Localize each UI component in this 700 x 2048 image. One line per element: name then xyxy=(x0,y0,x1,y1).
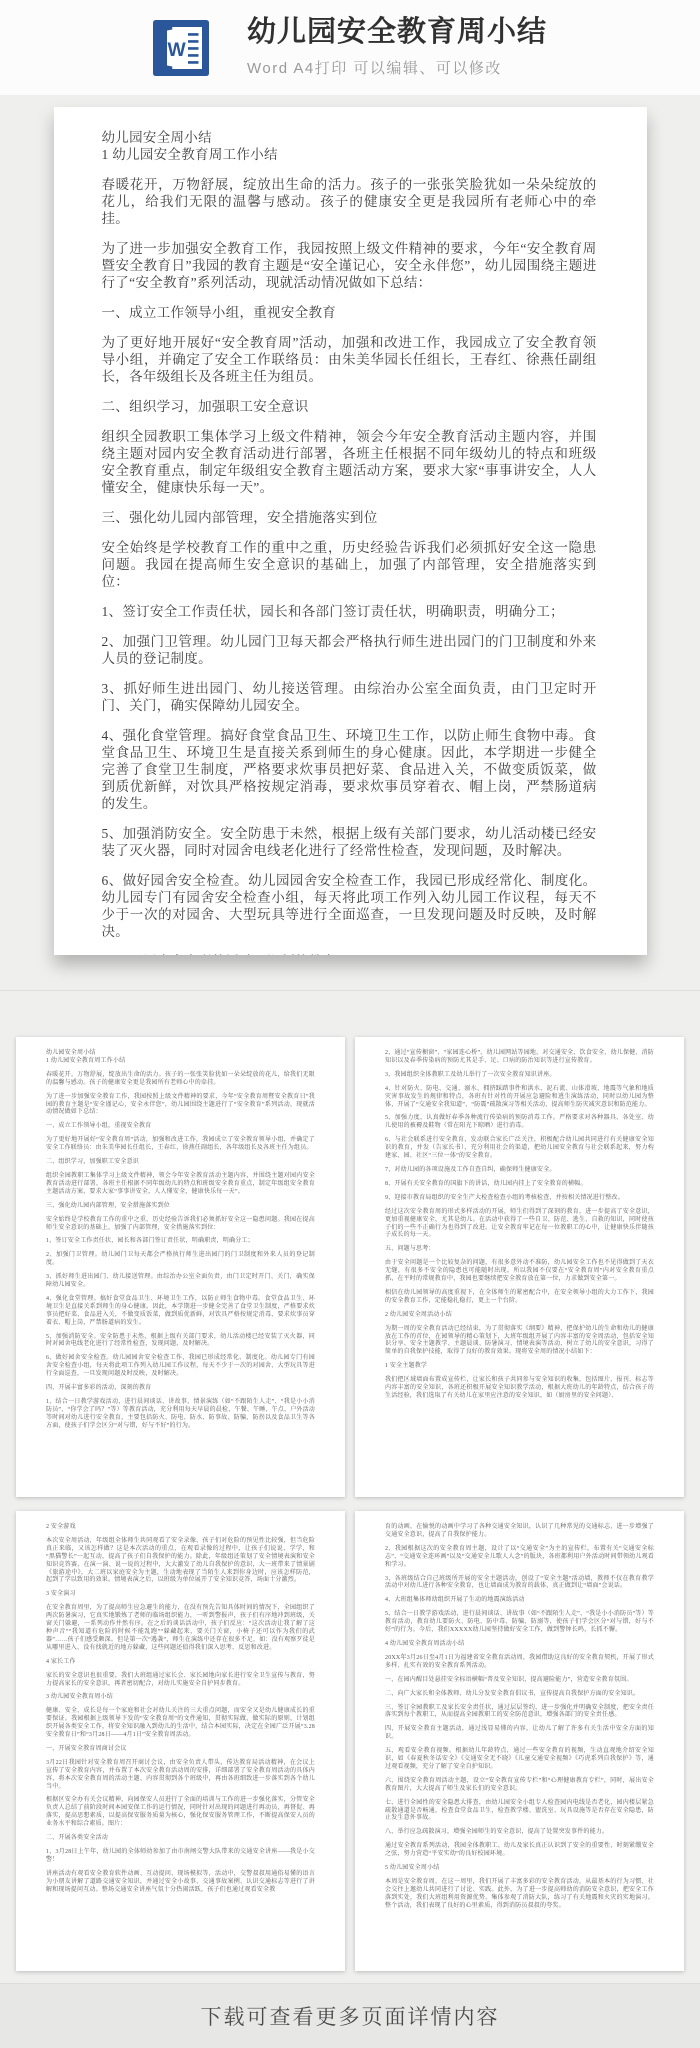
thumbnail-paragraph: 家长的安全意识也很重要，我们大班组通过家长会、家长园地向家长进行安全卫生宣传与教… xyxy=(46,1673,315,1689)
thumbnail-paragraph: 6、与社会联系进行安全教育，发动联合家长广泛关注，积极配合幼儿园共同进行有关健康… xyxy=(385,1137,654,1161)
document-paragraph: 6、做好园舍安全检查。幼儿园园舍安全检查工作，我园已形成经常化、制度化。幼儿园专… xyxy=(102,872,597,940)
word-icon-letter: W xyxy=(168,39,187,60)
preview-header: W 幼儿园安全教育周小结 Word A4打印 可以编辑、可以修改 xyxy=(0,0,700,95)
thumbnail-paragraph: 3、抓好师生进出园门、幼儿接送管理。由综治办公室全面负责，由门卫定时开门、关门，… xyxy=(46,1274,315,1290)
document-paragraph: 一、成立工作领导小组，重视安全教育 xyxy=(102,304,597,321)
thumbnail-paragraph: 三、强化幼儿园内部管理，安全措施落实到位 xyxy=(46,1203,315,1211)
thumbnail-paragraph: 为了进一步加强安全教育工作，我园按照上级文件精神的要求，今年“安全教育周暨安全教… xyxy=(46,1094,315,1118)
thumbnail-paragraph: 相信在幼儿园领导的高度重视下，在全体师生的紧密配合中，在安全领导小组的大力工作下… xyxy=(385,1290,654,1306)
document-paragraph: 3、抓好师生进出园门、幼儿接送管理。由综治办公室全面负责，由门卫定时开门、关门，… xyxy=(102,680,597,714)
thumbnail-paragraph: 4、大班组集体师幼组织开展了生动的地震演练活动 xyxy=(385,1597,654,1605)
thumbnail-paragraph: 健康、安全、成长是每一个家庭和社会对幼儿关注的三大重点问题，而安全又是幼儿健康成… xyxy=(46,1708,315,1740)
thumbnail-paragraph: 4、强化食堂管理。搞好食堂食品卫生、环境卫生工作，以防止师生食物中毒。食堂食品卫… xyxy=(46,1296,315,1328)
thumbnail-paragraph: 四、开展丰富多彩的活动，深刻的教育 xyxy=(46,1385,315,1393)
page-thumbnail-2[interactable]: 2、通过“宣传橱窗”、“家园连心桥”、幼儿园网站等园地，对交通安全、饮食安全、幼… xyxy=(355,1037,684,1497)
thumbnail-paragraph: 5 幼儿园安全周小结 xyxy=(385,1865,654,1873)
thumbnail-paragraph: 4 家长工作 xyxy=(46,1659,315,1667)
thumbnail-paragraph: 6、做好园舍安全检查。幼儿园园舍安全检查工作，我园已形成经常化、制度化。幼儿园专… xyxy=(46,1355,315,1379)
thumbnail-paragraph: 幼儿园安全周小结 1 幼儿园安全教育周工作小结 xyxy=(46,1050,315,1066)
thumbnail-paragraph: 二、开展各类安全活动 xyxy=(46,1835,315,1843)
thumbnail-paragraph: 春暖花开，万物舒展，绽放出生命的活力。孩子的一张张笑脸犹如一朵朵绽放的花儿，给我… xyxy=(46,1072,315,1088)
document-paragraph: 为了更好地开展好“安全教育周”活动，加强和改进工作，我园成立了安全教育领导小组，… xyxy=(102,334,597,385)
page-thumbnail-grid: 幼儿园安全周小结 1 幼儿园安全教育周工作小结春暖花开，万物舒展，绽放出生命的活… xyxy=(16,1037,684,1971)
thumbnail-paragraph: 8、开展有关安全教育的国旗下的讲话，幼儿园内挂上了安全教育的横幅。 xyxy=(385,1181,654,1189)
thumbnail-paragraph: 为期一周的安全教育活动已经结束，为了贯彻落实《纲要》精神，把保护幼儿的生命和幼儿… xyxy=(385,1326,654,1358)
thumbnail-paragraph: 讲座活动有观看安全教育软件动画、互动提问、现场模拟等，活动中，交警叔叔用通俗易懂… xyxy=(46,1871,315,1895)
thumbnail-paragraph: 2、通过“宣传橱窗”、“家园连心桥”、幼儿园网站等园地，对交通安全、饮食安全、幼… xyxy=(385,1050,654,1066)
thumbnail-paragraph: 二、向广大家长和全体教师、幼儿分发安全教育倡议书，宣传提高自我保护方面的安全知识… xyxy=(385,1691,654,1699)
thumbnail-paragraph: 通过安全教育系列活动，我园全体教职工、幼儿及家长真正认识到了安全的重要性，时刻紧… xyxy=(385,1843,654,1859)
thumbnail-paragraph: 一、成立工作领导小组，重视安全教育 xyxy=(46,1123,315,1131)
thumbnail-paragraph: 2 幼儿园安全周活动小结 xyxy=(385,1312,654,1320)
document-preview-area: 幼儿园安全周小结 1 幼儿园安全教育周工作小结春暖花开，万物舒展，绽放出生命的活… xyxy=(0,107,700,955)
thumbnail-paragraph: 5、加强消防安全。安全防患于未然，根据上级有关部门要求，幼儿活动楼已经安装了灭火… xyxy=(46,1334,315,1350)
thumbnail-paragraph: 4、针对防火、防电、交通、溺水、拥挤踩踏事件和洪水、泥石流、山体滑坡、地震等气象… xyxy=(385,1086,654,1110)
document-page-1: 幼儿园安全周小结 1 幼儿园安全教育周工作小结春暖花开，万物舒展，绽放出生命的活… xyxy=(54,107,647,955)
thumbnail-paragraph: 20XX年3月26日至4月1日为福建省安全教育活动周，我园借助这良好的安全教育契… xyxy=(385,1655,654,1671)
thumbnail-paragraph: 安全始终是学校教育工作的重中之重，历史经验告诉我们必须抓好安全这一隐患问题。我园… xyxy=(46,1217,315,1233)
thumbnail-paragraph: 五、观看安全教育视频。根据幼儿年龄特点，通过一些安全教育的视频，生动直观地介绍安… xyxy=(385,1748,654,1772)
thumbnail-paragraph: 3、我园组织全体教职工及幼儿举行了一次安全教育知识讲座。 xyxy=(385,1072,654,1080)
document-paragraph: 三、强化幼儿园内部管理，安全措施落实到位 xyxy=(102,509,597,526)
page-subtitle: Word A4打印 可以编辑、可以修改 xyxy=(247,57,547,78)
download-hint-text: 下载可查看更多页面详情内容 xyxy=(201,2001,500,2031)
document-paragraph: 四、开展丰富多彩的活动，深刻的教育 xyxy=(102,953,597,955)
document-paragraph: 5、加强消防安全。安全防患于未然，根据上级有关部门要求，幼儿活动楼已经安装了灭火… xyxy=(102,825,597,859)
document-paragraph: 春暖花开，万物舒展，绽放出生命的活力。孩子的一张张笑脸犹如一朵朵绽放的花儿，给我… xyxy=(102,176,597,227)
thumbnail-paragraph: 七、进行全园性的安全隐患大排查，由幼儿园安全小组专人检查园内电线是否老化，园内楼… xyxy=(385,1800,654,1824)
document-paragraph: 2、加强门卫管理。幼儿园门卫每天都会严格执行师生进出园门的门卫制度和外来人员的登… xyxy=(102,633,597,667)
thumbnail-paragraph: 2、我园根据这次的安全教育周主题，设计了以“交通安全”为主的宣传栏，布置有关“交… xyxy=(385,1546,654,1570)
thumbnail-paragraph: 1 安全主题教学 xyxy=(385,1363,654,1371)
section-divider xyxy=(0,990,700,991)
thumbnail-paragraph: 4 幼儿园安全教育周活动小结 xyxy=(385,1641,654,1649)
thumbnail-paragraph: 5、加强力度，认真做好春季各种流行传染病的预防消毒工作。严格要求对各种器具、各处… xyxy=(385,1115,654,1131)
thumbnail-paragraph: 3 幼儿园安全教育周小结 xyxy=(46,1694,315,1702)
thumbnail-paragraph: 2 安全游戏 xyxy=(46,1524,315,1532)
thumbnail-paragraph: 3月22日我园针对安全教育周召开商讨会议，由安全负责人带头，传达教育局活动精神，… xyxy=(46,1760,315,1792)
thumbnail-paragraph: 3、各班级结合自己班级所开展的安全主题活动，创设了“安全主题”活动墙，教师不仅在… xyxy=(385,1576,654,1592)
thumbnail-paragraph: 四、开展安全教育主题活动，通过浅显易懂的内容，让幼儿了解了许多有关生活中安全方面… xyxy=(385,1726,654,1742)
document-paragraph: 安全始终是学校教育工作的重中之重，历史经验告诉我们必须抓好安全这一隐患问题。我园… xyxy=(102,539,597,590)
thumbnail-paragraph: 为了更好地开展好“安全教育周”活动，加强和改进工作，我园成立了安全教育领导小组，… xyxy=(46,1137,315,1153)
thumbnail-paragraph: 一、在园内醒目处悬挂安全标语横幅“普及安全知识，提高避险能力”，营造安全教育氛围… xyxy=(385,1677,654,1685)
thumbnail-paragraph: 八、举行应急疏散演习，增强全园师生的安全意识，提高了处置突发事件的能力。 xyxy=(385,1829,654,1837)
thumbnail-paragraph: 三、签订全园教职工及家长安全责任状，通过层层签约，进一步强化并明确安全制度，把安… xyxy=(385,1705,654,1721)
thumbnail-paragraph: 二、组织学习，加强职工安全意识 xyxy=(46,1159,315,1167)
document-paragraph: 二、组织学习，加强职工安全意识 xyxy=(102,398,597,415)
thumbnail-paragraph: 由于安全问题是一个比较复杂的问题，有很多意外动不准防，幼儿园安全工作也不见得做到… xyxy=(385,1260,654,1284)
thumbnail-paragraph: 组织全园教职工集体学习上级文件精神，领会今年安全教育活动主题内容，并围绕主题对园… xyxy=(46,1173,315,1197)
document-paragraph: 组织全园教职工集体学习上级文件精神，领会今年安全教育活动主题内容，并围绕主题对园… xyxy=(102,428,597,496)
document-paragraph: 1、签订安全工作责任状，园长和各部门签订责任状，明确职责，明确分工； xyxy=(102,603,597,620)
thumbnail-paragraph: 我们把区域墙面布置成宣传栏，让家长和孩子共同参与安全知识的收集，包括图片、报刊、… xyxy=(385,1377,654,1401)
page-thumbnail-1[interactable]: 幼儿园安全周小结 1 幼儿园安全教育周工作小结春暖花开，万物舒展，绽放出生命的活… xyxy=(16,1037,345,1497)
thumbnail-paragraph: 1、结合一日教学游戏活动，进行晨间谈话、讲故事、情景演练（如“不跟陌生人走”、“… xyxy=(46,1399,315,1431)
thumbnail-paragraph: 1、签订安全工作责任状，园长和各部门签订责任状，明确职责，明确分工； xyxy=(46,1238,315,1246)
thumbnail-paragraph: 1、3月28日上午年，幼儿园的全体师幼参加了由市南闸交警大队带来的交通安全讲座—… xyxy=(46,1849,315,1865)
thumbnail-paragraph: 2、加强门卫管理。幼儿园门卫每天都会严格执行师生进出园门的门卫制度和外来人员的登… xyxy=(46,1252,315,1268)
document-paragraph: 幼儿园安全周小结 1 幼儿园安全教育周工作小结 xyxy=(102,129,597,163)
thumbnail-paragraph: 9、迎接市教育局组织的安全生产大检查检查小组的考核检查，并按相关情况进行整改。 xyxy=(385,1195,654,1203)
document-paragraph: 4、强化食堂管理。搞好食堂食品卫生、环境卫生工作，以防止师生食物中毒。食堂食品卫… xyxy=(102,727,597,812)
page-thumbnail-4[interactable]: 育的动画，在愉悦的动画中学习了各种交通安全知识，认识了几种常见的交通标志，进一步… xyxy=(355,1511,684,1971)
word-icon: W xyxy=(153,20,209,76)
thumbnail-paragraph: 5、结合一日教学游戏活动，进行晨间谈话、讲故事（如“不跟陌生人走”、“我是小小消… xyxy=(385,1611,654,1635)
document-paragraph: 为了进一步加强安全教育工作，我园按照上级文件精神的要求，今年“安全教育周暨安全教… xyxy=(102,240,597,291)
thumbnail-paragraph: 7、对幼儿园的各项设施及工作自查自纠，确保师生健康安全。 xyxy=(385,1167,654,1175)
thumbnail-paragraph: 六、围绕安全教育周活动主题，设立“安全教育宣传专栏”和“心理健康教育专栏”，同时… xyxy=(385,1778,654,1794)
thumbnail-paragraph: 在安全教育周里，为了提高师生应急避生的能力，在没有预先告知具体时间的情况下，全园… xyxy=(46,1605,315,1652)
thumbnail-paragraph: 3 安全演习 xyxy=(46,1591,315,1599)
page-title: 幼儿园安全教育周小结 xyxy=(247,17,547,49)
thumbnail-paragraph: 根据区安全办有关会议精神，向园保安人员进行了全面的培训与工作的进一步强化落实，分… xyxy=(46,1797,315,1829)
thumbnail-paragraph: 本次安全周活动，年级组全体师生共同观看了安全录像，孩子们对危险的预见性比较强，但… xyxy=(46,1538,315,1585)
page-thumbnail-3[interactable]: 2 安全游戏本次安全周活动，年级组全体师生共同观看了安全录像，孩子们对危险的预见… xyxy=(16,1511,345,1971)
thumbnail-paragraph: 本周是安全教育周，在这一周里，我们开展了丰富多彩的安全教育活动，从最基本的行为习… xyxy=(385,1879,654,1911)
thumbnail-paragraph: 一、开展安全教育周商讨会议 xyxy=(46,1746,315,1754)
download-hint-bar: 下载可查看更多页面详情内容 xyxy=(0,1983,700,2048)
thumbnail-paragraph: 五、问题与思考： xyxy=(385,1246,654,1254)
thumbnail-paragraph: 育的动画，在愉悦的动画中学习了各种交通安全知识，认识了几种常见的交通标志，进一步… xyxy=(385,1524,654,1540)
thumbnail-paragraph: 经过这次安全教育周的形式多样活动的开展，师生们得到了深刻的教育，进一步提高了安全… xyxy=(385,1209,654,1241)
